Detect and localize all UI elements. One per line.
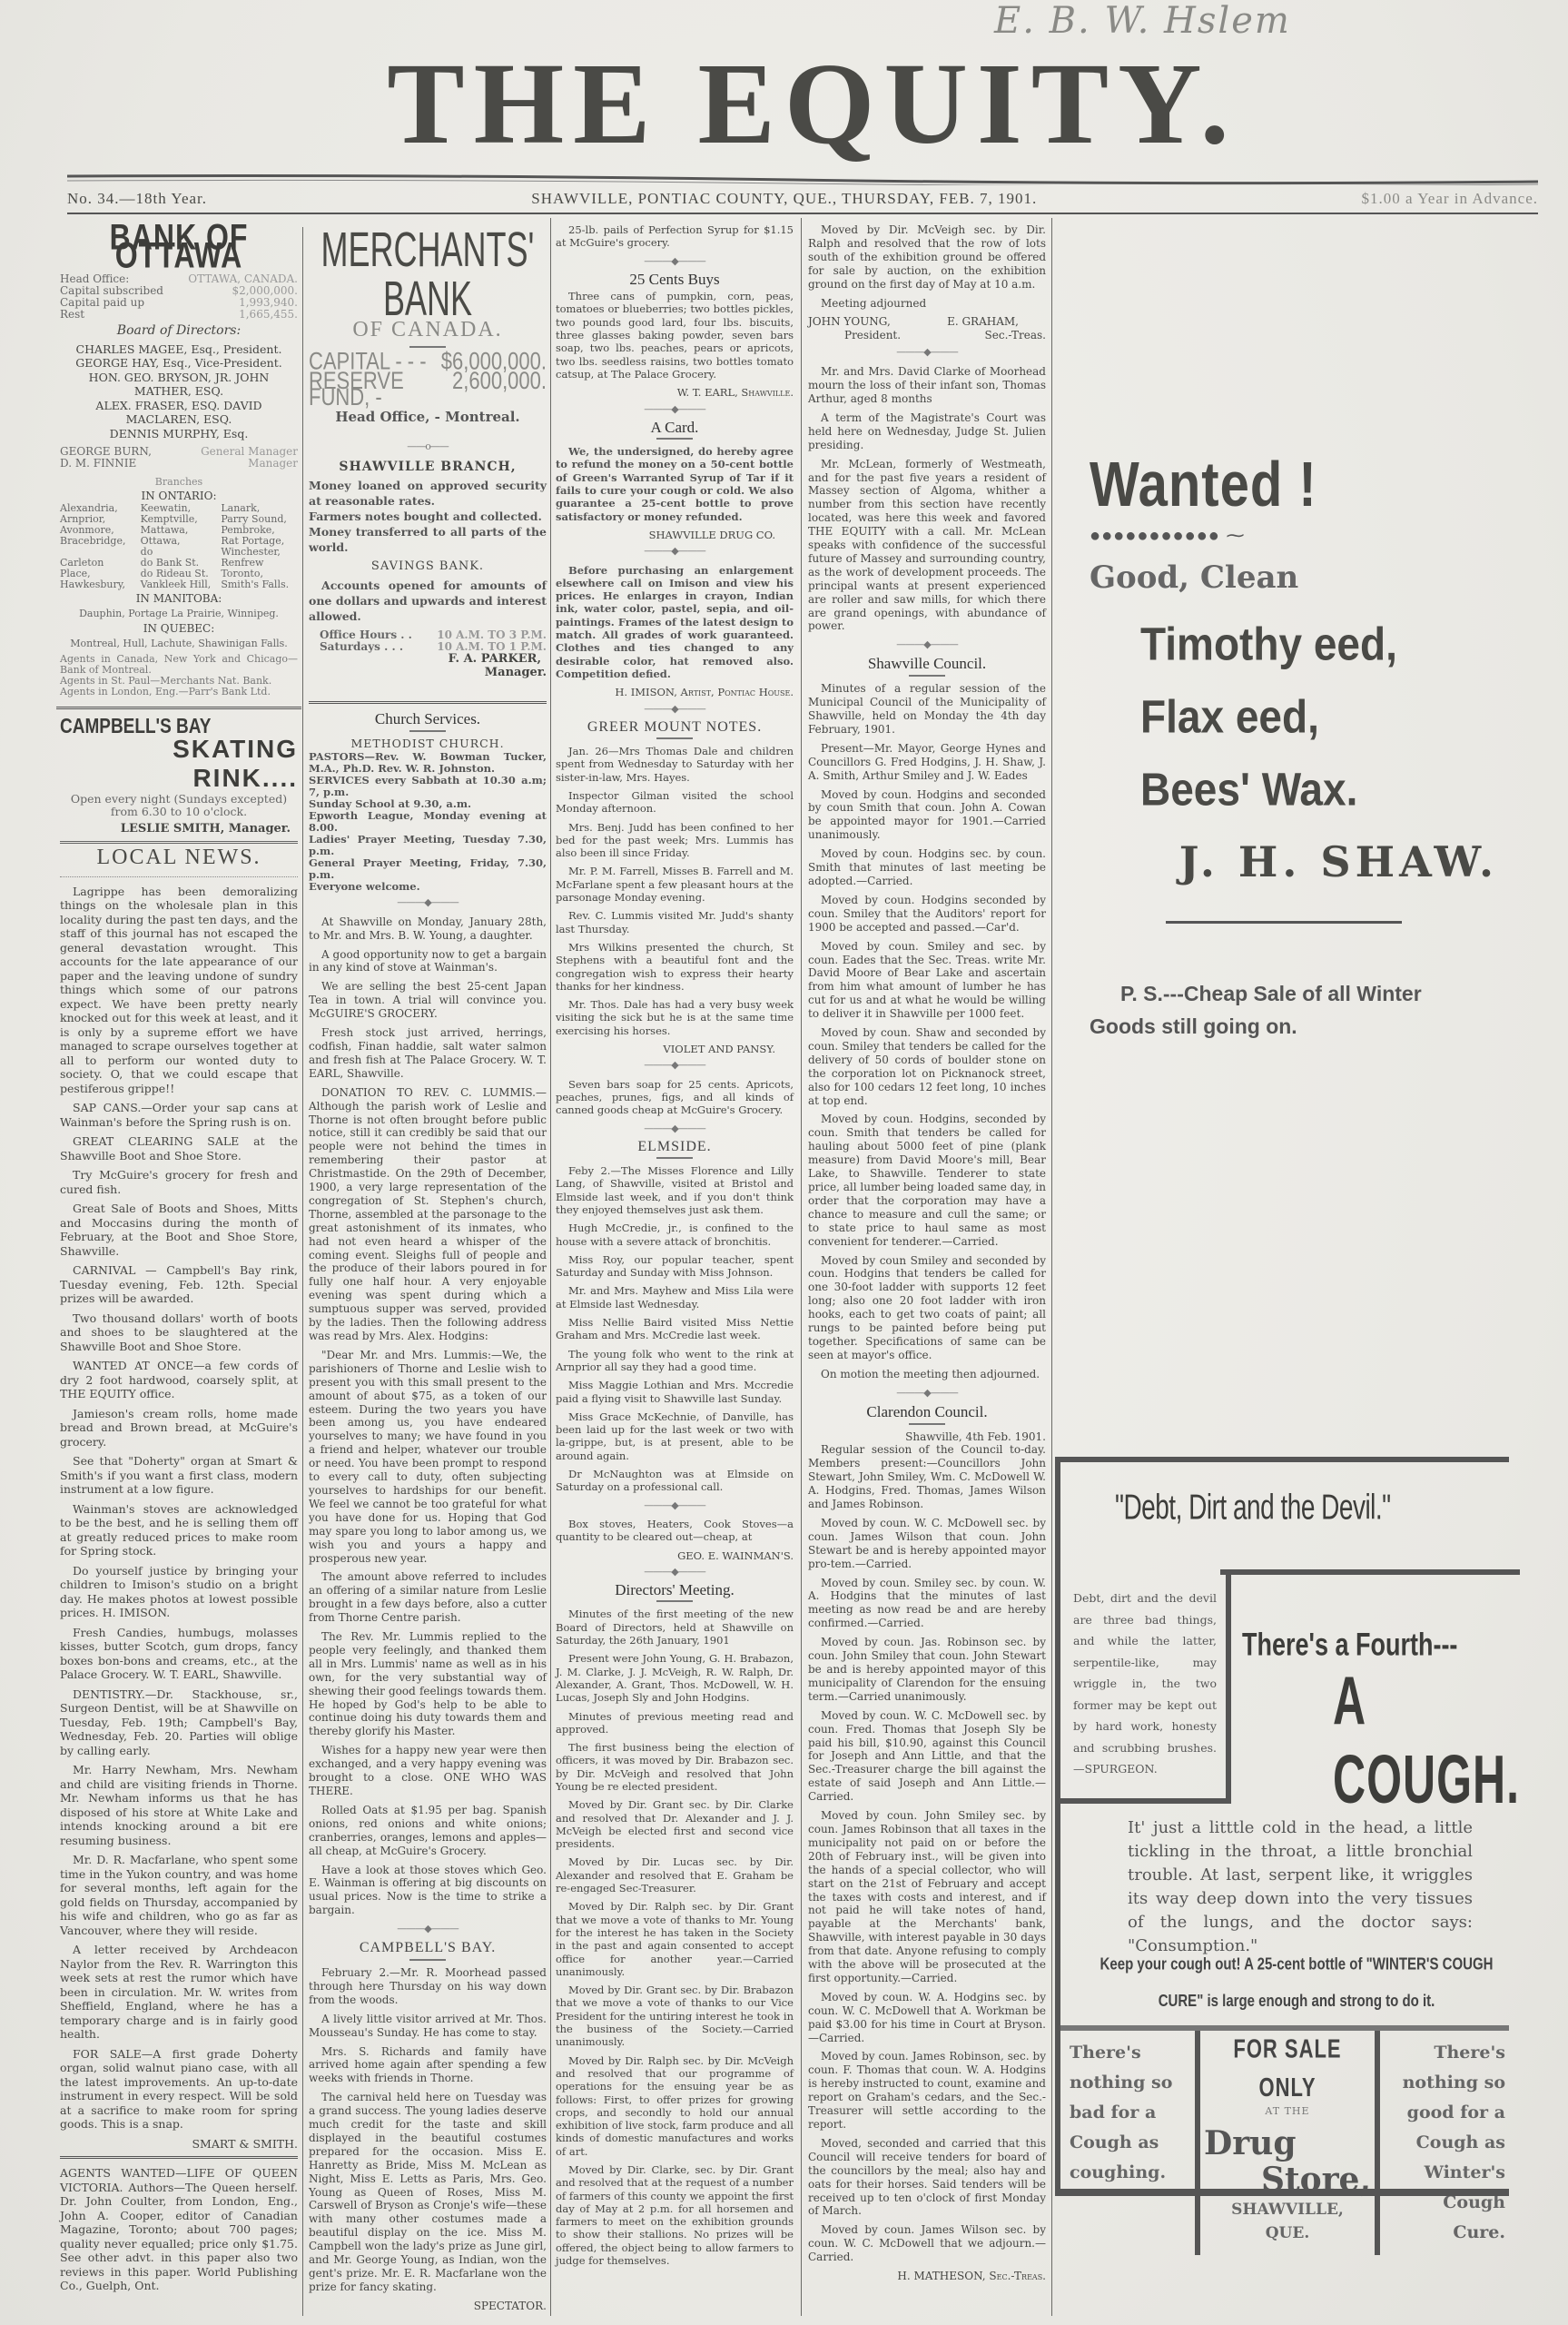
savings-text: Accounts opened for amounts of one dolla… [309,578,547,624]
news-item: Mrs. Benj. Judd has been confined to her… [556,821,794,860]
dash [656,737,693,739]
directors-meeting-continued: Moved by Dir. McVeigh sec. by Dir. Ralph… [808,223,1046,310]
greer-mount-notes: GREER MOUNT NOTES. Jan. 26—Mrs Thomas Da… [556,721,794,1056]
president-title: President. [808,329,901,342]
minutes-item: Moved, seconded and carried that this Co… [808,2137,1046,2218]
church-name: METHODIST CHURCH. [309,737,547,751]
director-entry: ALEX. FRASER, ESQ. DAVID MACLAREN, ESQ. [60,399,298,427]
column-divider [302,227,303,2316]
shawville-council-paras: Minutes of a regular session of the Muni… [808,682,1046,1381]
news-item: The amount above referred to includes an… [309,1570,547,1625]
cough-cure-ad: "Debt, Dirt and the Devil." Debt, dirt a… [1055,1457,1509,2194]
branch-name: Hawkesbury, [60,579,137,590]
reserve-row: RESERVE FUND, -2,600,000. [309,373,547,406]
stoves-text: Box stoves, Heaters, Cook Stoves—a quant… [556,1518,794,1544]
news-item: Mrs Wilkins presented the church, St Ste… [556,941,794,993]
frame-rule [1220,1569,1520,1575]
separator: ———◆——— [309,1923,547,1936]
minutes-item: Moved by coun. W. A. Hodgins sec. by cou… [808,1991,1046,2045]
column-2: MERCHANTS' BANK OF CANADA. CAPITAL - - -… [309,223,547,2313]
minutes-item: Moved by coun. Smiley and sec. by coun. … [808,940,1046,1021]
news-item: Fresh stock just arrived, herrings, codf… [309,1026,547,1081]
dash [409,1959,446,1961]
news-item: The young folk who went to the rink at A… [556,1348,794,1374]
board-heading: Board of Directors: [60,324,298,339]
ontario-label: IN ONTARIO: [60,490,298,504]
news-item: Mr. Thos. Dale has had a very busy week … [556,998,794,1037]
news-item: Rolled Oats at $1.95 per bag. Spanish on… [309,1804,547,1858]
stoves-ad: Box stoves, Heaters, Cook Stoves—a quant… [556,1518,794,1562]
news-item: Lagrippe has been demoralizing things on… [60,885,298,1096]
church-services: Church Services. METHODIST CHURCH. PASTO… [309,713,547,893]
news-item: Jan. 26—Mrs Thomas Dale and children spe… [556,745,794,784]
minutes-item: Moved by Dir. Clarke, sec. by Dir. Grant… [556,2163,794,2267]
ad-bottom-rule [1055,2189,1509,2196]
campbells-bay-news: CAMPBELL'S BAY. February 2.—Mr. R. Moorh… [309,1942,547,2313]
branches-label: Branches [60,475,298,490]
wainman-signoff: GEO. E. WAINMAN'S. [556,1549,794,1562]
news-item: At Shawville on Monday, January 28th, to… [309,915,547,943]
local-news-heading: LOCAL NEWS. [60,851,298,866]
merchant-name: J. H. SHAW. [1090,837,1507,886]
church-heading: Church Services. [309,713,547,727]
ornament-dots: ●●●●●●●●●●● ⁓ [1090,524,1507,547]
news-item: Fresh Candies, humbugs, molasses kisses,… [60,1626,298,1682]
news-item: Mr. McLean, formerly of Westmeath, and f… [808,458,1046,634]
spurgeon-quote: Debt, dirt and the devil are three bad t… [1073,1588,1217,1780]
news-item: DENTISTRY.—Dr. Stackhouse, sr., Surgeon … [60,1687,298,1758]
shawville-branch-heading: SHAWVILLE BRANCH, [309,460,547,474]
cough-bottom-panels: There's nothing so bad for a Cough as co… [1060,2025,1509,2200]
schedule-line: PASTORS—Rev. W. Bowman Tucker, M.A., Ph.… [309,751,547,775]
column-divider [1051,218,1052,2316]
separator: ——o—— [309,440,547,454]
newspaper-page: E. B. W. Hslem THE EQUITY. No. 34.—18th … [0,0,1568,2325]
minutes-item: Moved by coun. Hodgins and seconded by c… [808,788,1046,843]
news-item: Great Sale of Boots and Shoes, Mitts and… [60,1202,298,1258]
head-office: Head Office, - Montreal. [309,411,547,424]
wanted-ad: Wanted ! ●●●●●●●●●●● ⁓ Good, Clean Timot… [1090,454,1507,1039]
minutes-item: Moved by coun. Hodgins sec. by coun. Smi… [808,847,1046,888]
skating-rink-ad: CAMPBELL'S BAY SKATING RINK.... Open eve… [60,720,298,836]
column-1: BANK OF OTTAWA Head Office:OTTAWA, CANAD… [60,223,298,2299]
imison-text: Before purchasing an enlargement elsewhe… [556,564,794,681]
branch-name: Vankleek Hill, [141,579,218,590]
directors-list: CHARLES MAGEE, Esq., President.GEORGE HA… [60,342,298,441]
agent-entry: Agents in London, Eng.—Parr's Bank Ltd. [60,687,298,697]
dash [409,730,446,732]
column-4-items: Mr. and Mrs. David Clarke of Moorhead mo… [808,365,1046,633]
service-line: Farmers notes bought and collected. [309,509,547,524]
president-name: JOHN YOUNG, [808,315,901,329]
column-divider [550,218,551,2316]
clarendon-council-paras: Regular session of the Council to-day. M… [808,1443,1046,2264]
greer-mount-paras: Jan. 26—Mrs Thomas Dale and children spe… [556,745,794,1037]
a-card-ad: A Card. We, the undersigned, do hereby a… [556,421,794,541]
column-3: 25-lb. pails of Perfection Syrup for $1.… [556,223,794,2272]
minutes-item: Moved by coun. Smiley sec. by coun. W. A… [808,1577,1046,1631]
minutes-item: Moved by coun. John Smiley sec. by coun.… [808,1809,1046,1985]
column-4: Moved by Dir. McVeigh sec. by Dir. Ralph… [808,223,1046,2283]
drug-co-signoff: SHAWVILLE DRUG CO. [556,529,794,541]
news-item: The carnival held here on Tuesday was a … [309,2091,547,2294]
news-item: A letter received by Archdeacon Naylor f… [60,1943,298,2042]
news-item: Mr. P. M. Farrell, Misses B. Farrell and… [556,865,794,904]
handwritten-annotation: E. B. W. Hslem [994,0,1291,42]
section-rule [56,707,301,713]
agents-list: Agents in Canada, New York and Chicago—B… [60,654,298,697]
rink-title: SKATING RINK.... [60,735,298,793]
minutes-item: Regular session of the Council to-day. M… [808,1443,1046,1511]
minutes-item: Moved by Dir. McVeigh sec. by Dir. Ralph… [808,223,1046,292]
news-item: Hugh McCredie, jr., is confined to the h… [556,1222,794,1248]
masthead-title: THE EQUITY. [191,45,1435,162]
minutes-item: Moved by Dir. Ralph sec. by Dir. Grant t… [556,1900,794,1978]
rink-hours: Open every night (Sundays excepted) from… [60,793,298,818]
minutes-item: Minutes of a regular session of the Muni… [808,682,1046,737]
news-item: SAP CANS.—Order your sap cans at Wainman… [60,1101,298,1129]
minutes-item: Present were John Young, G. H. Brabazon,… [556,1652,794,1704]
branch-name: Bracebridge, [60,536,137,547]
clarendon-council-heading: Clarendon Council. [808,1406,1046,1420]
manitoba-label: IN MANITOBA: [60,592,298,607]
elmside-paras: Feby 2.—The Misses Florence and Lilly La… [556,1164,794,1494]
ontario-branches: Alexandria,Keewatin,Lanark,Arnprior,Kemp… [60,503,298,590]
manitoba-branches: Dauphin, Portage La Prairie, Winnipeg. [60,607,298,621]
shawville-council-heading: Shawville Council. [808,658,1046,671]
minutes-item: Moved by coun. James Robinson, sec. by c… [808,2050,1046,2131]
place-date: SHAWVILLE, PONTIAC COUNTY, QUE., THURSDA… [531,190,1037,208]
wanted-item: Flax eed, [1090,689,1507,743]
wanted-item: Bees' Wax. [1090,762,1507,816]
director-entry: CHARLES MAGEE, Esq., President. [60,342,298,357]
nothing-so-bad: There's nothing so bad for a Cough as co… [1060,2031,1195,2255]
minutes-item: Minutes of the first meeting of the new … [556,1608,794,1647]
syrup-ad: 25-lb. pails of Perfection Syrup for $1.… [556,223,794,250]
separator: ———◆——— [808,346,1046,360]
minutes-item: The first business being the election of… [556,1741,794,1793]
minutes-item: Present—Mr. Mayor, George Hynes and Coun… [808,742,1046,783]
separator: ———◆——— [556,1566,794,1578]
news-item: Mr. D. R. Macfarlane, who spent some tim… [60,1853,298,1937]
dateline-rule [67,213,1538,214]
news-item: Wainman's stoves are acknowledged to be … [60,1502,298,1558]
branch-name: Smith's Falls. [221,579,298,590]
minutes-item: Moved by coun. Hodgins, seconded by coun… [808,1113,1046,1248]
news-item: CARNIVAL — Campbell's Bay rink, Tuesday … [60,1263,298,1306]
news-item: 25-lb. pails of Perfection Syrup for $1.… [556,223,794,250]
local-news: LOCAL NEWS. Lagrippe has been demoralizi… [60,851,298,2151]
elmside-news: ELMSIDE. Feby 2.—The Misses Florence and… [556,1141,794,1494]
shawville-council: Shawville Council. Minutes of a regular … [808,658,1046,1380]
signatures: JOHN YOUNG, President. E. GRAHAM, Sec.-T… [808,315,1046,342]
earl-signoff: W. T. EARL, Shawville. [556,386,794,399]
rink-manager: LESLIE SMITH, Manager. [60,822,291,836]
minutes-item: Meeting adjourned [808,297,1046,311]
column-2-items: At Shawville on Monday, January 28th, to… [309,915,547,1917]
wanted-item: Timothy eed, [1090,617,1507,670]
spectator-signoff: SPECTATOR. [309,2300,547,2313]
minutes-item: Moved by Dir. Lucas sec. by Dir. Alexand… [556,1855,794,1895]
ps-line-2: Goods still going on. [1090,1014,1507,1039]
news-item: Mrs. S. Richards and family have arrived… [309,2045,547,2086]
news-item: Miss Maggie Lothian and Mrs. Mccredie pa… [556,1379,794,1405]
news-item: Feby 2.—The Misses Florence and Lilly La… [556,1164,794,1216]
news-item: Jamieson's cream rolls, home made bread … [60,1407,298,1449]
schedule-line: Everyone welcome. [309,881,547,893]
bank-figures: Head Office:OTTAWA, CANADA.Capital subsc… [60,273,298,321]
news-item: Rev. C. Lummis visited Mr. Judd's shanty… [556,909,794,935]
minutes-item: Moved by Dir. Grant sec. by Dir. Brabazo… [556,1984,794,2048]
minutes-item: On motion the meeting then adjourned. [808,1368,1046,1381]
fourth-heading: There's a Fourth--- [1242,1627,1457,1663]
bank-figure-row: Rest1,665,455. [60,309,298,321]
minutes-item: Moved by coun. Hodgins seconded by coun.… [808,894,1046,935]
schedule-line: General Prayer Meeting, Friday, 7.30, p.… [309,857,547,881]
subscription-price: $1.00 a Year in Advance. [1362,190,1538,208]
keep-cough-out: Keep your cough out! A 25-cent bottle of… [1088,1946,1505,2021]
bank-of-ottawa-title: BANK OF OTTAWA [60,229,298,264]
news-item: We are selling the best 25-cent Japan Te… [309,980,547,1021]
news-item: WANTED AT ONCE—a few cords of dry 2 foot… [60,1359,298,1401]
minutes-item: Moved by Dir. Ralph sec. by Dir. McVeigh… [556,2054,794,2158]
minutes-item: Moved by Dir. Grant sec. by Dir. Clarke … [556,1798,794,1850]
clarendon-dateline: Shawville, 4th Feb. 1901. [808,1430,1046,1444]
for-sale-panel: FOR SALE ONLY AT THE Drug Store, SHAWVIL… [1195,2031,1380,2255]
news-item: Two thousand dollars' worth of boots and… [60,1311,298,1354]
directors-heading: Directors' Meeting. [556,1584,794,1597]
news-item: DONATION TO REV. C. LUMMIS.—Although the… [309,1086,547,1343]
news-item: A term of the Magistrate's Court was hel… [808,411,1046,452]
minutes-item: Moved by coun. W. C. McDowell sec. by co… [808,1709,1046,1804]
service-line: Money loaned on approved security at rea… [309,478,547,509]
schedule-line: SERVICES every Sabbath at 10.30 a.m; 7, … [309,775,547,798]
news-item: Miss Grace McKechnie, of Danville, has b… [556,1410,794,1462]
section-rule [309,701,547,707]
office-hours: Office Hours . .10 A.M. TO 3 P.M.Saturda… [309,629,547,653]
dash [656,1600,693,1602]
news-item: Mr. and Mrs. David Clarke of Moorhead mo… [808,365,1046,406]
greer-mount-heading: GREER MOUNT NOTES. [556,721,794,734]
elmside-heading: ELMSIDE. [556,1141,794,1153]
officer-row: D. M. FINNIEManager [60,458,298,470]
issue-number: No. 34.—18th Year. [67,190,207,208]
separator: ———◆——— [556,1499,794,1512]
service-line: Money transferred to all parts of the wo… [309,524,547,555]
news-item: Try McGuire's grocery for fresh and cure… [60,1168,298,1196]
news-item: FOR SALE—A first grade Doherty organ, so… [60,2047,298,2132]
wavy-rule [60,869,298,877]
news-item: Have a look at those stoves which Geo. E… [309,1864,547,1918]
cough-body: It' just a litttle cold in the head, a l… [1128,1816,1473,1958]
minutes-item: Moved by coun. James Wilson sec. by coun… [808,2223,1046,2264]
a-cough-heading: A COUGH. [1333,1661,1520,1819]
director-entry: GEORGE HAY, Esq., Vice-President. [60,356,298,371]
a-card-text: We, the undersigned, do hereby agree to … [556,445,794,523]
schedule-line: Sunday School at 9.30, a.m. [309,798,547,810]
column-divider [801,218,802,2316]
news-item: Mr. Harry Newham, Mrs. Newham and child … [60,1763,298,1847]
minutes-item: Moved by coun. Jas. Robinson sec. by cou… [808,1636,1046,1704]
good-clean: Good, Clean [1090,559,1507,596]
secretary-name: E. GRAHAM, [947,315,1046,329]
news-item: A good opportunity now to get a bargain … [309,948,547,975]
directors-paras: Minutes of the first meeting of the new … [556,1608,794,2267]
branch-services: Money loaned on approved security at rea… [309,478,547,555]
minutes-item: Moved by coun. W. C. McDowell sec. by co… [808,1517,1046,1571]
manager-title: Manager. [309,667,547,680]
dash [656,438,693,440]
news-item: Wishes for a happy new year were then ex… [309,1744,547,1798]
news-item: "Dear Mr. and Mrs. Lummis:—We, the paris… [309,1349,547,1566]
news-item: GREAT CLEARING SALE at the Shawville Boo… [60,1134,298,1162]
25-cents-text: Three cans of pumpkin, corn, peas, tomat… [556,290,794,381]
directors-meeting: Directors' Meeting. Minutes of the first… [556,1584,794,2267]
church-schedule: PASTORS—Rev. W. Bowman Tucker, M.A., Ph.… [309,751,547,893]
news-item: Do yourself justice by bringing your chi… [60,1564,298,1620]
minutes-item: Moved by coun. Shaw and seconded by coun… [808,1026,1046,1107]
manager-name: F. A. PARKER, [309,653,547,667]
schedule-line: Epworth League, Monday evening at 8.00. [309,810,547,834]
debt-dirt-devil-title: "Debt, Dirt and the Devil." [1115,1488,1391,1529]
bank-of-ottawa-ad: BANK OF OTTAWA Head Office:OTTAWA, CANAD… [60,232,298,697]
minutes-item: Minutes of previous meeting read and app… [556,1710,794,1736]
news-item: February 2.—Mr. R. Moorhead passed throu… [309,1966,547,2007]
minutes-item: Moved by coun Smiley and seconded by cou… [808,1254,1046,1362]
violet-pansy-signoff: VIOLET AND PANSY. [556,1043,794,1055]
smart-smith-signoff: SMART & SMITH. [60,2137,298,2152]
campbells-bay-paras: February 2.—Mr. R. Moorhead passed throu… [309,1966,547,2294]
imison-ad: Before purchasing an enlargement elsewhe… [556,564,794,699]
separator: ———◆——— [309,896,547,910]
dateline: No. 34.—18th Year. SHAWVILLE, PONTIAC CO… [67,185,1538,213]
separator: ———◆——— [556,703,794,716]
director-entry: DENNIS MURPHY, Esq. [60,427,298,441]
soap-ad: Seven bars soap for 25 cents. Apricots, … [556,1078,794,1117]
clarendon-council: Clarendon Council. Shawville, 4th Feb. 1… [808,1406,1046,2283]
merchants-bank-title: MERCHANTS' BANK [309,225,547,323]
news-item: A lively little visitor arrived at Mr. T… [309,2013,547,2040]
separator: ———◆——— [556,1059,794,1072]
officers-list: GEORGE BURN,General ManagerD. M. FINNIEM… [60,446,298,470]
section-rule [60,2156,298,2162]
matheson-signoff: H. MATHESON, Sec.-Treas. [808,2270,1046,2283]
a-card-heading: A Card. [556,421,794,434]
merchants-bank-ad: MERCHANTS' BANK OF CANADA. CAPITAL - - -… [309,242,547,697]
news-item: See that "Doherty" organ at Smart & Smit… [60,1454,298,1497]
imison-signoff: H. IMISON, Artist, Pontiac House. [556,686,794,698]
dash [656,1157,693,1159]
campbells-bay-heading: CAMPBELL'S BAY. [309,1942,547,1955]
schedule-line: Ladies' Prayer Meeting, Tuesday 7.30, p.… [309,834,547,857]
news-item: Inspector Gilman visited the school Mond… [556,789,794,816]
quebec-label: IN QUEBEC: [60,622,298,637]
dash [909,675,945,677]
news-item: Miss Nellie Baird visited Miss Nettie Gr… [556,1316,794,1342]
dash [909,1423,945,1425]
news-item: Mr. and Mrs. Mayhew and Miss Lila were a… [556,1284,794,1311]
quebec-branches: Montreal, Hull, Lachute, Shawinigan Fall… [60,637,298,651]
secretary-title: Sec.-Treas. [947,329,1046,342]
separator: ———◆——— [808,1387,1046,1400]
masthead-rule [67,173,1538,185]
separator: ———◆——— [556,255,794,268]
separator: ———◆——— [808,638,1046,652]
director-entry: HON. GEO. BRYSON, JR. JOHN MATHER, ESQ. [60,371,298,399]
25-cents-heading: 25 Cents Buys [556,273,794,286]
local-news-items: Lagrippe has been demoralizing things on… [60,885,298,2132]
25-cents-buys-ad: 25 Cents Buys Three cans of pumpkin, cor… [556,273,794,400]
wanted-title: Wanted ! [1090,448,1507,520]
separator: ———◆——— [556,403,794,416]
ad-rule [1166,921,1402,924]
separator: ———◆——— [556,545,794,558]
news-item: The Rev. Mr. Lummis replied to the peopl… [309,1630,547,1738]
rink-location: CAMPBELL'S BAY [60,718,298,736]
agent-entry: Agents in Canada, New York and Chicago—B… [60,654,298,676]
ps-line: P. S.---Cheap Sale of all Winter [1090,973,1507,1014]
nothing-so-good: There's nothing so good for a Cough as W… [1380,2031,1509,2255]
savings-heading: SAVINGS BANK. [309,560,547,574]
news-item: Miss Roy, our popular teacher, spent Sat… [556,1253,794,1280]
separator: ———◆——— [556,1123,794,1135]
news-item: Dr McNaughton was at Elmside on Saturday… [556,1468,794,1494]
agents-wanted-ad: AGENTS WANTED—LIFE OF QUEEN VICTORIA. Au… [60,2166,298,2293]
